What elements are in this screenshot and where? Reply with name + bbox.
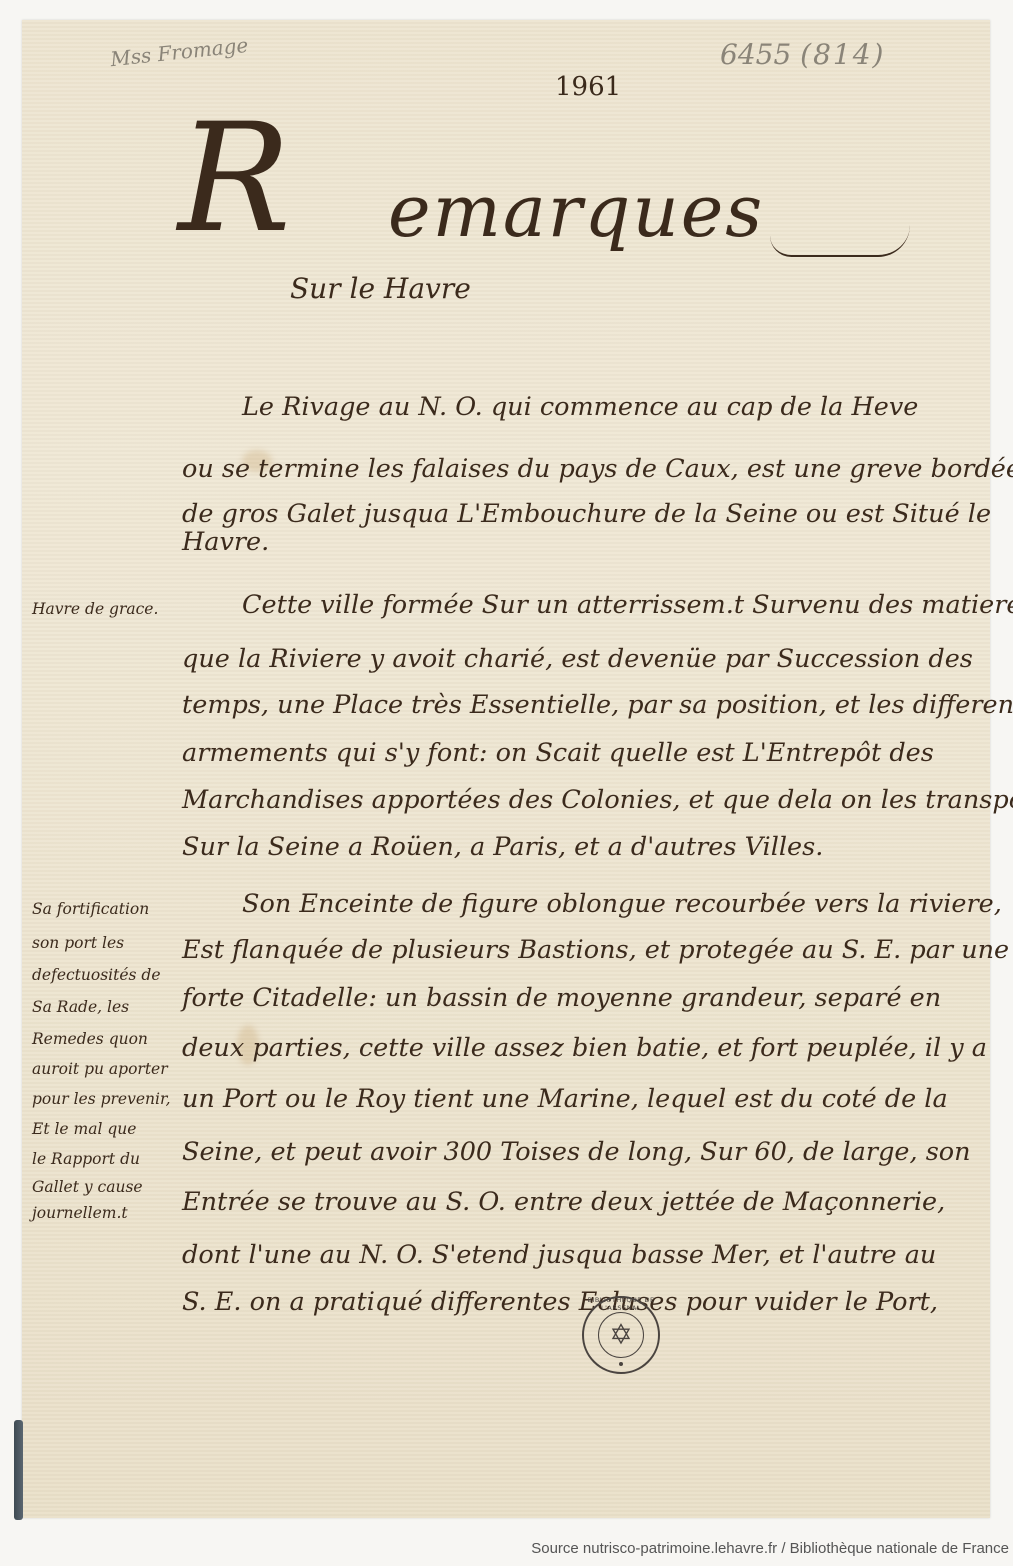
margin-note-line: le Rapport du [32, 1152, 140, 1168]
body-line: armements qui s'y font: on Scait quelle … [182, 741, 934, 767]
title-initial: R [178, 104, 291, 254]
margin-note-havre: Havre de grace. [32, 602, 158, 618]
margin-note-line: defectuosités de [32, 968, 161, 984]
subtitle: Sur le Havre [290, 272, 471, 305]
title-text: emarques [388, 175, 764, 247]
margin-note-line: son port les [32, 936, 124, 952]
stamp-inner-ring: ✡ [598, 1312, 644, 1358]
folio-number: 1961 [555, 72, 621, 102]
body-line: dont l'une au N. O. S'etend jusqua basse… [182, 1243, 936, 1269]
body-line: un Port ou le Roy tient une Marine, lequ… [182, 1087, 948, 1113]
body-line: temps, une Place très Essentielle, par s… [182, 693, 1013, 719]
body-line: Est flanquée de plusieurs Bastions, et p… [182, 938, 1009, 964]
margin-note-line: Sa fortification [32, 902, 149, 918]
stamp-text: BIBLIOTHÈQUE DE L'ARSENAL [584, 1296, 658, 1312]
margin-note-line: journellem.t [32, 1206, 128, 1222]
body-line: Havre. [182, 530, 269, 556]
title-flourish-tail [770, 225, 910, 257]
body-line: Le Rivage au N. O. qui commence au cap d… [242, 395, 918, 421]
shelfmark: 6455 (814) [720, 38, 885, 71]
shelfmark-number: 6455 [720, 38, 791, 71]
library-stamp: BIBLIOTHÈQUE DE L'ARSENAL ✡ [582, 1296, 660, 1374]
margin-note-line: pour les prevenir, [32, 1092, 171, 1108]
body-line: deux parties, cette ville assez bien bat… [182, 1036, 987, 1062]
margin-note-line: Et le mal que [32, 1122, 136, 1138]
shelfmark-paren: (814) [800, 38, 885, 71]
source-credit: Source nutrisco-patrimoine.lehavre.fr / … [531, 1540, 1009, 1557]
binding-ribbon [14, 1420, 23, 1520]
body-line: forte Citadelle: un bassin de moyenne gr… [182, 986, 941, 1012]
six-pointed-star-icon: ✡ [609, 1321, 632, 1349]
margin-note-line: auroit pu aporter [32, 1062, 168, 1078]
body-line: S. E. on a pratiqué differentes Ecluses … [182, 1290, 938, 1316]
margin-note-line: Gallet y cause [32, 1180, 143, 1196]
body-line: Sur la Seine a Roüen, a Paris, et a d'au… [182, 835, 823, 861]
margin-note-line: Remedes quon [32, 1032, 148, 1048]
body-line: Entrée se trouve au S. O. entre deux jet… [182, 1190, 945, 1216]
margin-note-line: Sa Rade, les [32, 1000, 129, 1016]
body-line: Cette ville formée Sur un atterrissem.t … [242, 593, 1013, 619]
stamp-dot [619, 1362, 623, 1366]
body-line: que la Riviere y avoit charié, est deven… [182, 647, 973, 673]
body-line: ou se termine les falaises du pays de Ca… [182, 457, 1013, 483]
body-line: de gros Galet jusqua L'Embouchure de la … [182, 502, 991, 528]
body-line: Marchandises apportées des Colonies, et … [182, 788, 1013, 814]
body-line: Seine, et peut avoir 300 Toises de long,… [182, 1140, 971, 1166]
body-line: Son Enceinte de figure oblongue recourbé… [242, 892, 1002, 918]
